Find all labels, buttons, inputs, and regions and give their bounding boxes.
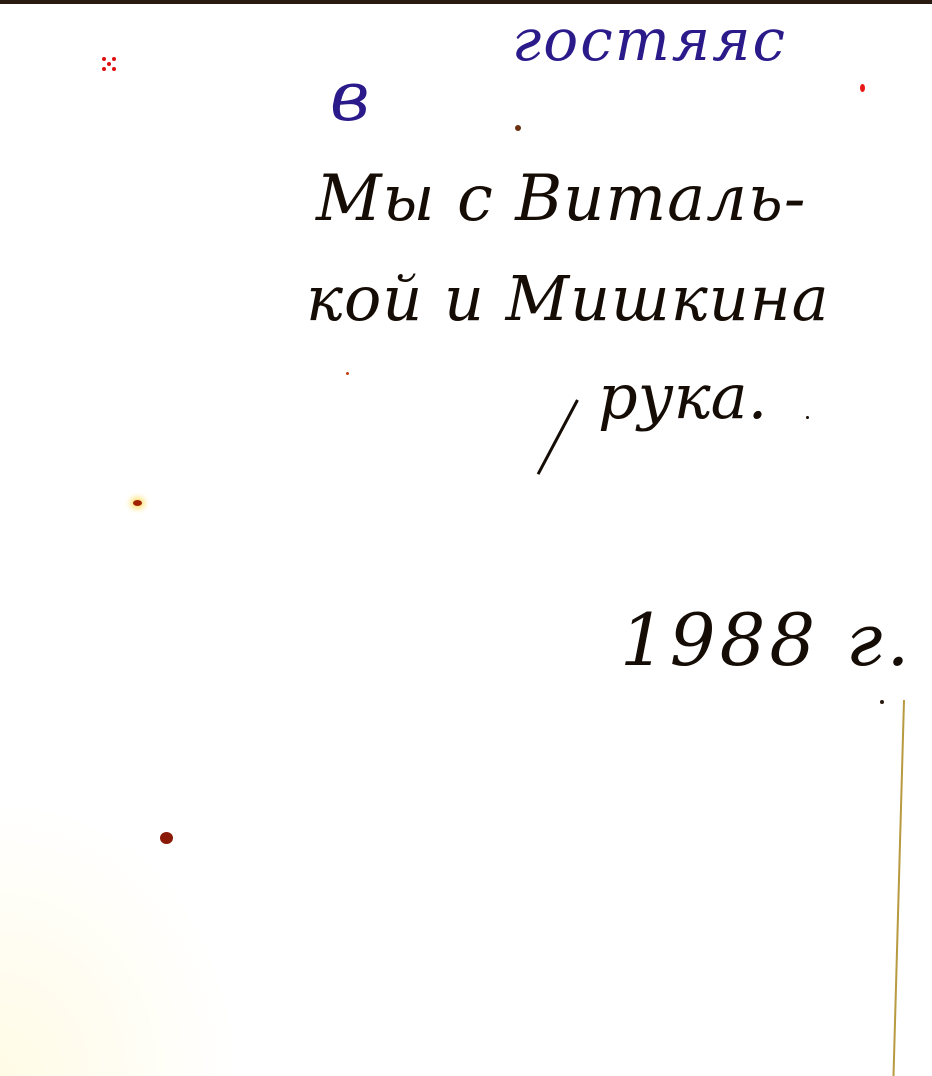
inscription-line-2: кой и Мишкина [306,262,830,335]
stain-spot [515,125,521,131]
photo-back-page: в гостяяс Мы с Виталь- кой и Мишкина рук… [0,0,932,1076]
stain-spot [133,500,142,506]
red-dots-stain [102,57,106,61]
photo-right-edge-line [892,700,905,1076]
stain-spot [160,832,173,844]
inscription-line-1: Мы с Виталь- [316,162,807,236]
scan-top-edge [0,0,932,4]
blue-label-annotation: гостяяс [512,6,787,74]
stain-spot [806,416,809,419]
blue-letter-annotation: в [330,58,370,137]
inscription-line-3: рука. [598,360,767,433]
descender-stroke [537,399,579,475]
stain-spot [880,700,884,704]
inscription-date: 1988 г. [620,598,913,682]
stain-spot [346,372,349,375]
stain-spot [860,84,865,92]
